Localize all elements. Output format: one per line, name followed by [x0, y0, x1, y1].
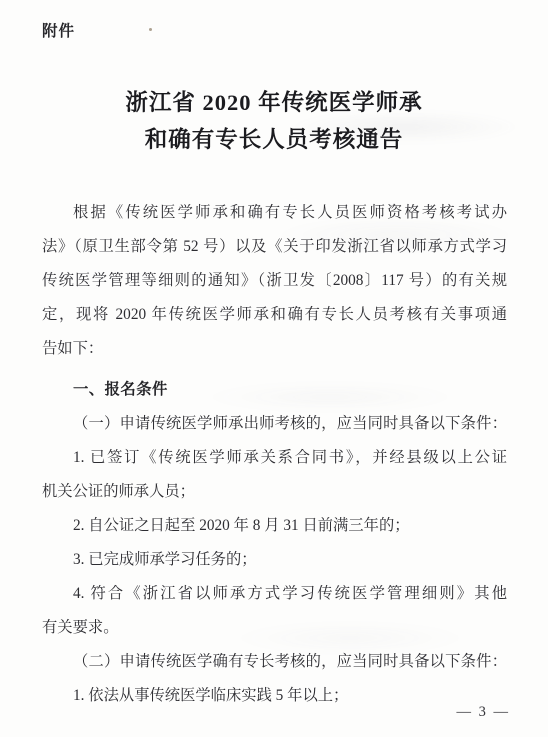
condition-4-line-2: 有关要求。: [42, 611, 507, 645]
attachment-label: 附件: [42, 19, 75, 41]
condition-group-1-intro: （一）申请传统医学师承出师考核的，应当同时具备以下条件：: [42, 407, 507, 441]
document-page: 附件 浙江省 2020 年传统医学师承 和确有专长人员考核通告 根据《传统医学师…: [0, 0, 548, 737]
condition-3: 3. 已完成师承学习任务的；: [42, 543, 507, 577]
section-heading-registration-conditions: 一、报名条件: [42, 373, 507, 407]
page-number: — 3 —: [457, 704, 511, 721]
scan-speck-artifact: [149, 28, 152, 31]
intro-line-3: 传统医学管理等细则的通知》（浙卫发〔2008〕117 号）的有关规: [42, 264, 507, 298]
title-line-2: 和确有专长人员考核通告: [0, 121, 548, 158]
intro-line-4: 定，现将 2020 年传统医学师承和确有专长人员考核有关事项通: [42, 298, 507, 332]
intro-line-5: 告如下：: [42, 332, 507, 366]
intro-line-1: 根据《传统医学师承和确有专长人员医师资格考核考试办: [42, 196, 507, 230]
intro-line-2: 法》（原卫生部令第 52 号）以及《关于印发浙江省以师承方式学习: [42, 230, 507, 264]
document-body: 根据《传统医学师承和确有专长人员医师资格考核考试办 法》（原卫生部令第 52 号…: [42, 196, 507, 713]
condition-2: 2. 自公证之日起至 2020 年 8 月 31 日前满三年的；: [42, 509, 507, 543]
condition-4-line-1: 4. 符合《浙江省以师承方式学习传统医学管理细则》其他: [42, 577, 507, 611]
title-line-1: 浙江省 2020 年传统医学师承: [0, 84, 548, 121]
condition-group-2-intro: （二）申请传统医学确有专长考核的，应当同时具备以下条件：: [42, 645, 507, 679]
condition-1-line-1: 1. 已签订《传统医学师承关系合同书》，并经县级以上公证: [42, 441, 507, 475]
condition-group-2-item-1: 1. 依法从事传统医学临床实践 5 年以上；: [42, 679, 507, 713]
document-title: 浙江省 2020 年传统医学师承 和确有专长人员考核通告: [0, 84, 548, 158]
condition-1-line-2: 机关公证的师承人员；: [42, 475, 507, 509]
